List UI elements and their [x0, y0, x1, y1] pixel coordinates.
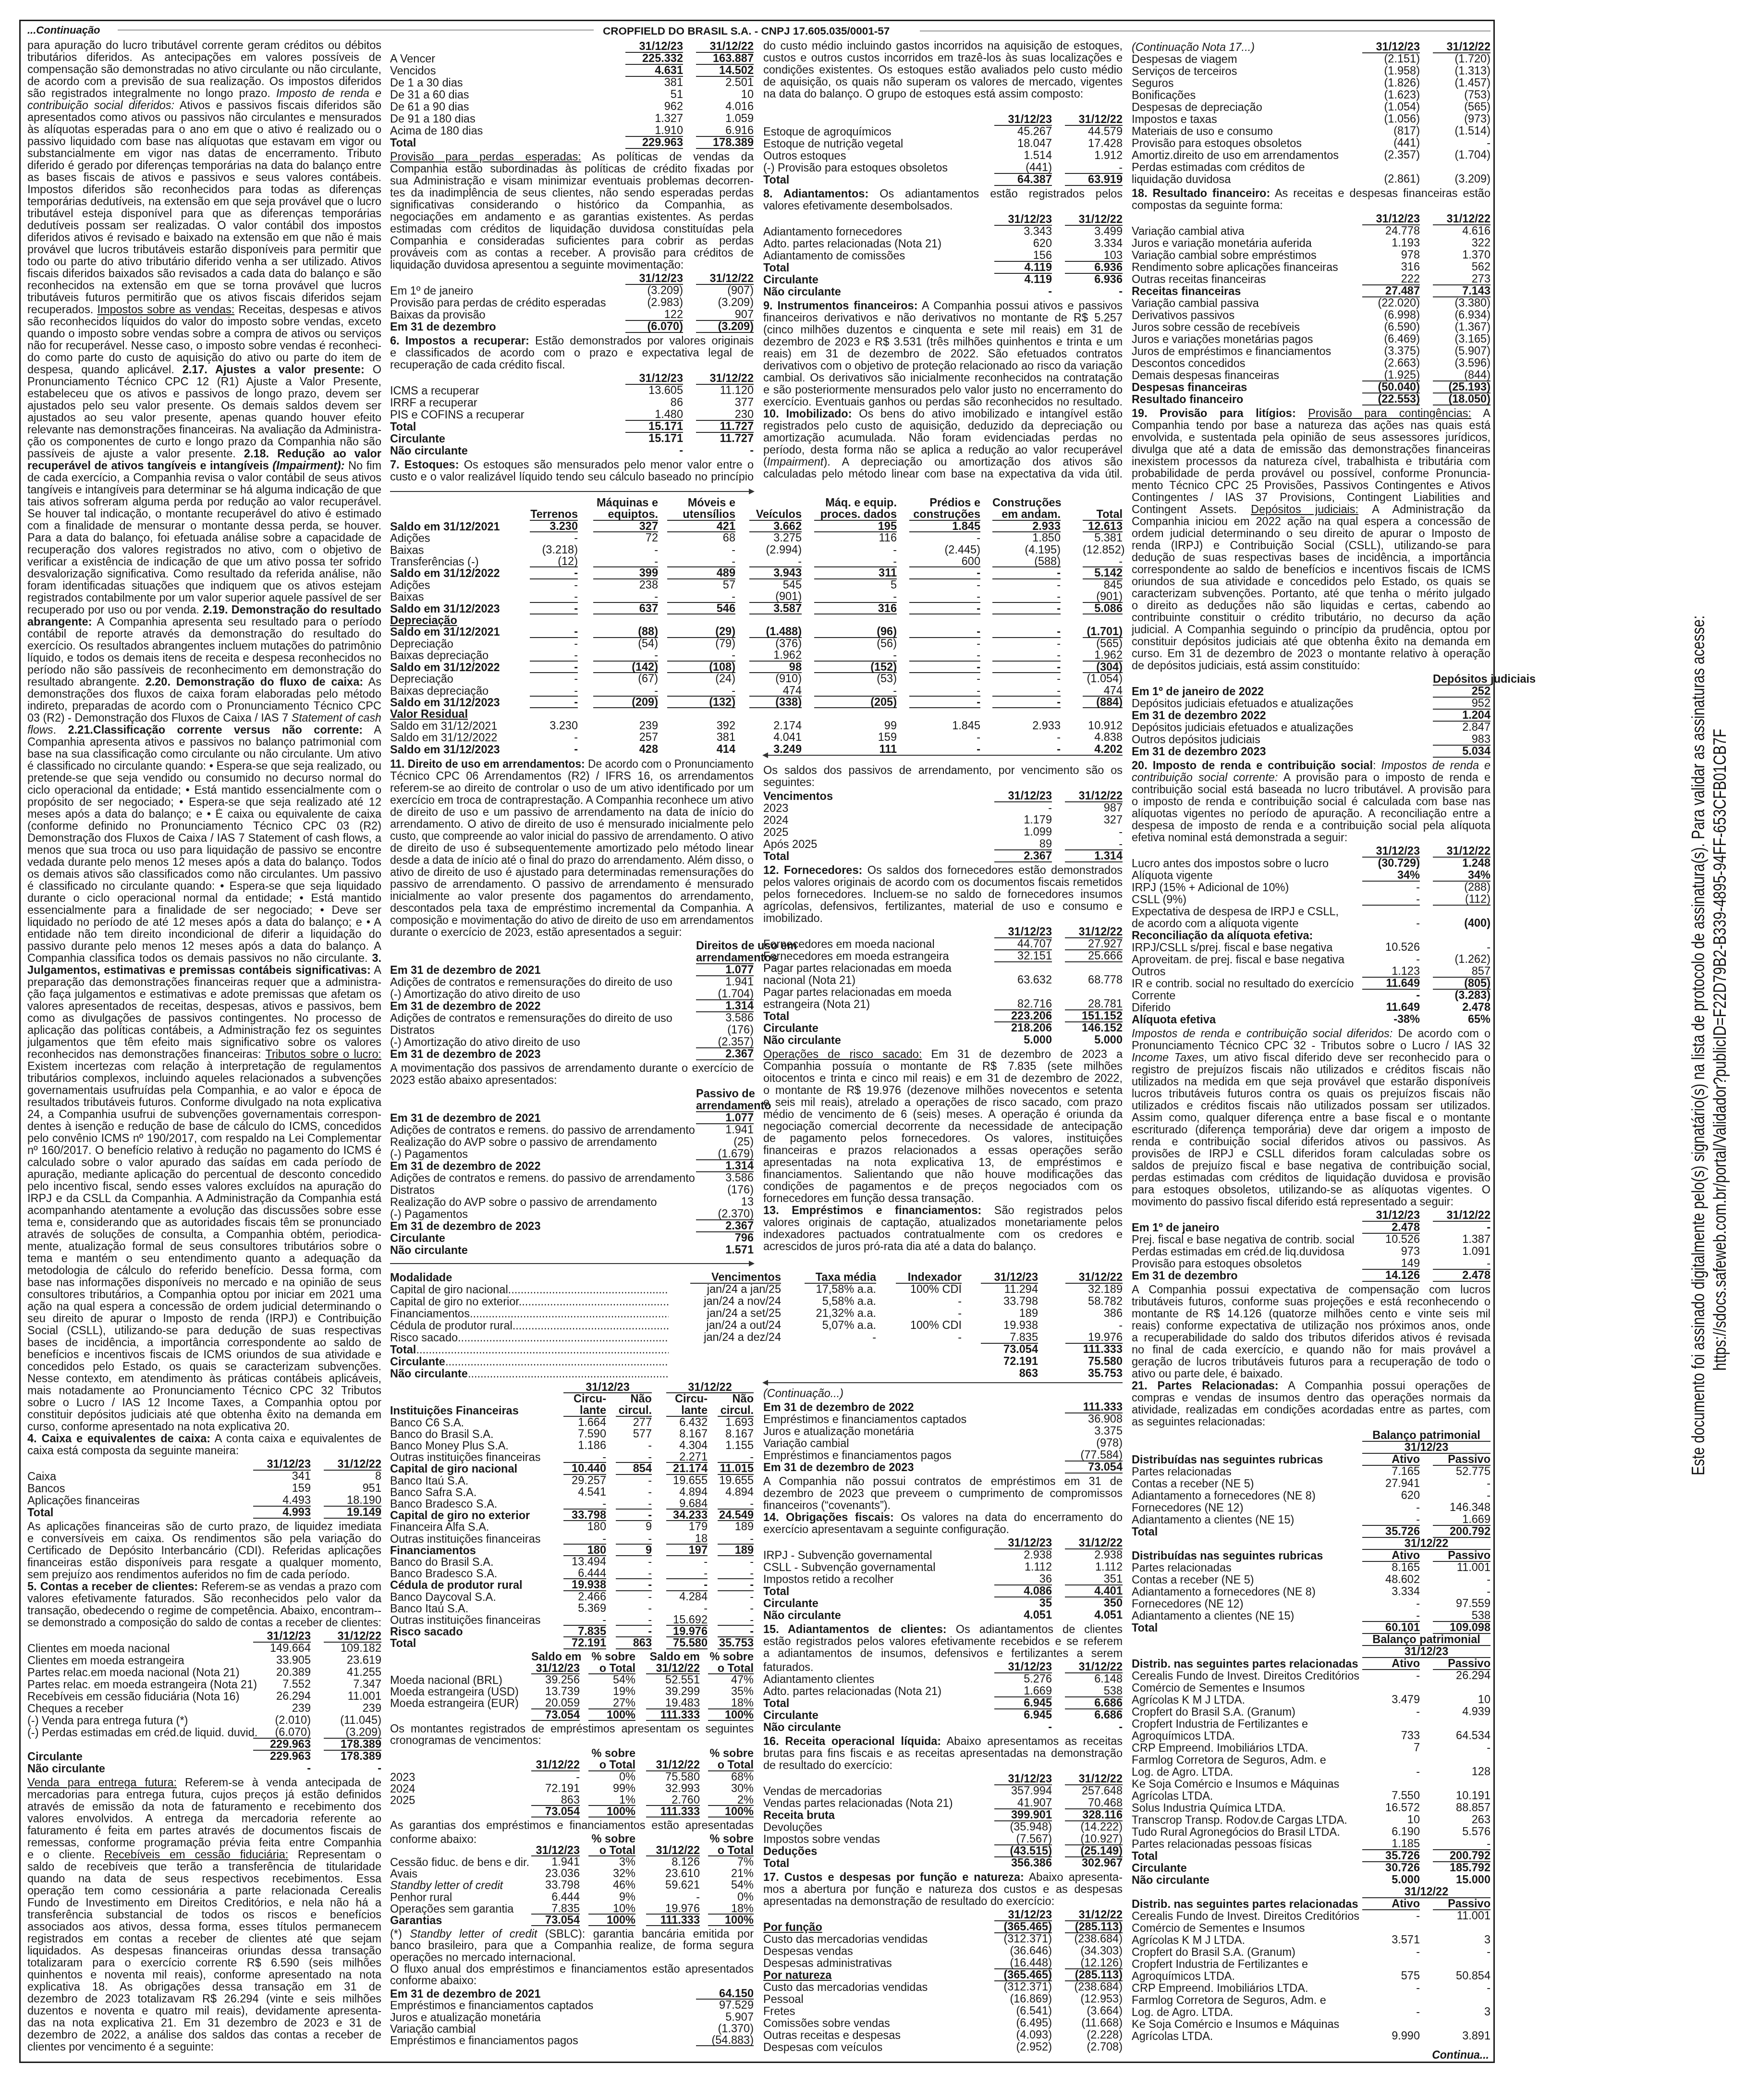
cell-value: 19.655	[708, 1475, 754, 1486]
dot-leader: Risco sacado	[390, 1332, 669, 1344]
text-line: Fundo de Investimento em Direitos Credit…	[27, 1897, 381, 1909]
text-line: o direito as deduções não são liquidas e…	[1132, 600, 1490, 612]
value-box: 6.945	[994, 1697, 1052, 1709]
row-label: Baixas da provisão	[390, 309, 625, 321]
value-text: 4.304	[666, 1440, 708, 1451]
table-row: Estoque de nutrição vegetal18.04717.428	[763, 138, 1123, 150]
cell-value: 2.760	[635, 1794, 700, 1806]
table-row: Moeda estrangeira (EUR)20.05927%19.48318…	[390, 1697, 754, 1709]
value-text: 31/12/22	[646, 1845, 700, 1856]
text-run: valores envolvidos. A entrega da mercado…	[27, 1813, 381, 1825]
value-box: 257	[593, 732, 658, 743]
label-text: (-) Pagamentos	[390, 1209, 468, 1220]
text-run: tema e mantém o seu entendimento quanto …	[27, 1253, 381, 1265]
value-text: 64.387	[994, 174, 1052, 186]
text-run: curso. Em 31 de dezembro de 2023 o monta…	[1132, 648, 1490, 660]
label-text: Variação cambial sobre empréstimos	[1132, 250, 1317, 261]
value-box: Circu-	[666, 1393, 708, 1405]
value-text: 11.649	[1362, 1002, 1420, 1014]
value-box: arrendamento	[696, 1100, 754, 1112]
value-box: % sobre	[708, 1748, 754, 1759]
text-run: Abaixo apresentamos as receitas	[941, 1735, 1123, 1747]
row-label: Variação cambial passiva	[1132, 297, 1362, 309]
table-row: De 1 a 30 dias3812.501	[390, 77, 754, 89]
value-box: (18.050)	[1433, 393, 1490, 405]
value-box: 34.233	[666, 1510, 708, 1521]
text-line: bases de incidência, a importância corre…	[27, 1337, 381, 1349]
cell-value: (2.708)	[1052, 2041, 1123, 2053]
label-text: Provisão para estoques obsoletos	[1132, 1258, 1302, 1269]
value-text: 70.468	[1065, 1797, 1123, 1809]
value-box: -	[909, 650, 980, 661]
value-box: 19.655	[666, 1475, 708, 1486]
text-line: arrendamento. O ativo de direito de uso …	[390, 818, 754, 830]
value-box: 562	[1433, 261, 1490, 273]
table-row: Não circulante5.0005.000	[763, 1034, 1123, 1046]
value-box: -	[530, 732, 578, 743]
value-box: 1.155	[718, 1440, 754, 1451]
value-box: 100%	[588, 1915, 635, 1926]
table-row: IRPJ/CSLL s/prej. fiscal e base negativa…	[1132, 942, 1490, 954]
row-label: Depreciação	[390, 614, 530, 626]
value-text: 3	[1433, 1934, 1490, 1946]
label-text: Risco sacado	[390, 1626, 463, 1637]
table-row: Depreciação-(67)(24)(910)(53)--(1.054)	[390, 673, 1123, 685]
cell-value	[1362, 161, 1420, 173]
value-box: -	[718, 1498, 754, 1510]
text-run: o imposto de renda e contribuição social…	[1132, 796, 1490, 808]
value-box: 41.255	[324, 1667, 381, 1679]
label-text: Clientes em moeda nacional	[27, 1643, 170, 1654]
cell-value: 327	[1052, 814, 1123, 826]
row-label: Despesas financeiras	[1132, 381, 1362, 393]
cell-value: 845	[1061, 579, 1123, 591]
text-run: A	[1471, 407, 1490, 419]
row-label	[1132, 1210, 1362, 1222]
row-label: Reconciliação da alíquota efetiva:	[1132, 930, 1362, 942]
value-box: (35.948)	[994, 1821, 1052, 1833]
label-text: Não circulante	[763, 1035, 841, 1046]
label-text: Distribuídas nas seguintes rubricas	[1132, 1550, 1323, 1561]
text-line: Assim como, qualquer diferença entre a b…	[1132, 1112, 1490, 1124]
text-line: As aplicações financeiras são de curto p…	[27, 1521, 381, 1533]
label-text: Cropfert Industria de Fertilizantes e	[1132, 1959, 1308, 1970]
row-label: Partes relac. em moeda estrangeira (Nota…	[27, 1679, 253, 1691]
row-label: Agrícolas K M J LTDA.	[1132, 1694, 1362, 1706]
label-text: Comércio de Sementes e Insumos	[1132, 1923, 1305, 1934]
value-text: 156	[994, 250, 1052, 262]
label-text: Bonificações	[1132, 90, 1196, 101]
value-box: (3.283)	[1433, 990, 1490, 1002]
paragraph: 19. Provisão para litígios: Provisão par…	[1132, 407, 1490, 672]
value-box: 31/12/22	[531, 1759, 580, 1771]
value-box: -	[1433, 137, 1490, 149]
value-box: 10.526	[1362, 1234, 1420, 1246]
value-box: -	[909, 579, 980, 591]
value-text: 75.580	[646, 1771, 700, 1783]
cell-value: -	[531, 1771, 580, 1783]
label-text: Transcrop Transp. Rodov.de Cargas LTDA.	[1132, 1815, 1347, 1826]
cell-value: (2.983)	[625, 297, 683, 309]
table-row: Depreciação	[390, 614, 1123, 626]
value-text: 31/12/23	[253, 1459, 311, 1471]
text-line: divulga que até a data de emissão das de…	[1132, 443, 1490, 455]
label-text: Prej. fiscal e base negativa de contrib.…	[1132, 1234, 1355, 1245]
label-text: Outras instituições financeiras	[390, 1615, 540, 1625]
value-text: (18.050)	[1433, 393, 1490, 405]
value-text: (1.370)	[696, 2023, 754, 2035]
row-label	[1132, 1442, 1362, 1454]
value-text: 19.976	[1065, 1332, 1123, 1344]
value-box: -	[1433, 1574, 1490, 1586]
value-text: 18%	[708, 1903, 754, 1915]
text-line: tangíveis e intangíveis para determinar …	[27, 484, 381, 496]
cell-value: -	[897, 638, 980, 650]
value-box: 11.294	[981, 1284, 1038, 1296]
value-box: -	[667, 591, 735, 602]
row-label: Cropfert Industria de Fertilizantes e	[1132, 1958, 1362, 1970]
cell-value: 6.686	[1052, 1709, 1123, 1721]
table-pct: Saldo em% sobreSaldo em% sobre31/12/23o …	[390, 1651, 754, 1721]
cell-value: 25.666	[1052, 950, 1123, 962]
value-box: 1.327	[625, 113, 683, 125]
value-text: 1.314	[696, 1000, 754, 1012]
row-label: CRP Empreend. Imobiliários LTDA.	[1132, 1982, 1362, 1994]
value-text: 3.479	[1362, 1694, 1420, 1706]
value-box: -	[909, 662, 980, 673]
row-label: Total	[27, 1507, 253, 1519]
value-text: 50.854	[1433, 1970, 1490, 1982]
value-text: 19.976	[666, 1626, 708, 1637]
cell-value: (901)	[1061, 591, 1123, 602]
column-segment: (Continuação...)Em 31 de dezembro de 202…	[763, 1388, 1123, 2055]
value-box: 31/12/23	[253, 1631, 311, 1643]
text-run: imobilizado.	[763, 912, 823, 924]
row-label: Banco do Brasil S.A.	[390, 1556, 563, 1568]
paragraph: 5. Contas a receber de clientes: Referem…	[27, 1581, 381, 1629]
cell-value	[1420, 906, 1490, 918]
value-box: (365.465)	[994, 1969, 1052, 1981]
cell-value: 128	[1420, 1766, 1490, 1778]
table-row: Risco sacado7.835-19.976-	[390, 1626, 754, 1637]
value-text: 64.150	[696, 1988, 754, 2000]
text-line: o montante de R$ 19.976 (dezenove milhõe…	[763, 1084, 1123, 1096]
cell-value: 3.343	[994, 226, 1052, 238]
cell-value: 31/12/22	[683, 41, 754, 53]
row-label	[390, 509, 530, 520]
table-two: faturados.31/12/2331/12/22Adiantamento c…	[763, 1661, 1123, 1733]
text-line: escriturado (diferença temporária) deve …	[1132, 1124, 1490, 1136]
row-label: Caixa	[27, 1471, 253, 1483]
text-run: durante o ciclo operacional normal da en…	[27, 892, 381, 904]
cell-value	[1362, 930, 1420, 942]
label-text: Em 31 de dezembro 2022	[1132, 710, 1266, 721]
value-box: (34.303)	[1065, 1945, 1123, 1957]
cell-value	[531, 1748, 580, 1759]
value-box: -	[530, 662, 578, 673]
text-run: é classificado no circulante quando: • E…	[27, 880, 381, 892]
label-text: Circulante	[763, 1598, 818, 1609]
value-text: (3.209)	[696, 321, 754, 333]
cell-value: -	[606, 1533, 652, 1545]
cell-value: -	[1420, 1258, 1490, 1270]
row-label: Agrícolas LTDA.	[1132, 1790, 1362, 1802]
cell-value: -	[980, 732, 1061, 743]
cell-value: Passivo	[1420, 1898, 1490, 1910]
value-box: 1.941	[696, 976, 754, 988]
value-text: (285.113)	[1065, 1969, 1123, 1981]
value-box: 6.190	[1362, 1826, 1420, 1838]
cell-value	[897, 708, 980, 720]
cell-value: -	[897, 626, 980, 638]
value-text: 30.726	[1362, 1862, 1420, 1874]
text-run: saldo de recebíveis que terão a transfer…	[27, 1861, 381, 1873]
text-line: de pagamento pelos fornecedores. Os valo…	[763, 1132, 1123, 1144]
text-run: operação tem como cessionária a parte re…	[27, 1885, 381, 1897]
value-text: 178.389	[324, 1751, 381, 1763]
value-text: 111.333	[1065, 1401, 1123, 1413]
value-text: (1.262)	[1433, 954, 1490, 966]
value-text: 562	[1433, 261, 1490, 273]
text-run: tributários diferidos. As antecipações e…	[27, 51, 381, 63]
text-line: ajustados ao seu valor presente, apenas …	[27, 412, 381, 424]
value-text: 68%	[708, 1771, 754, 1783]
value-box: 3	[1433, 1934, 1490, 1946]
table-row: Partes relac.em moeda nacional (Nota 21)…	[27, 1667, 381, 1679]
cell-value: (1.370)	[696, 2023, 754, 2035]
table-row: 20251.099-	[763, 826, 1123, 838]
label-text: Partes relacionadas	[1132, 1466, 1232, 1477]
cell-value: 19%	[580, 1686, 635, 1697]
value-box: 159	[814, 732, 897, 743]
cell-value: 7.835	[531, 1903, 580, 1915]
value-text: 19.655	[718, 1475, 754, 1486]
table-row: Em 31 de dezembro de 20221.314	[390, 1160, 754, 1172]
label-text: Risco sacado	[390, 1332, 669, 1343]
value-text: (16.448)	[994, 1957, 1052, 1969]
cell-value: (132)	[658, 697, 735, 708]
cell-value: Veículos	[735, 509, 802, 520]
table-row: Fornecedores (NE 12)-146.348	[1132, 1502, 1490, 1514]
text-run: ção os componentes de curto e longo praz…	[27, 436, 381, 448]
cell-value: 2.478	[1420, 1002, 1490, 1014]
row-label	[1132, 1430, 1362, 1442]
cell-value: 239	[311, 1703, 381, 1715]
value-box: 35.726	[1362, 1850, 1420, 1862]
paragraph: Provisão para perdas esperadas: As polít…	[390, 151, 754, 271]
table-row: arrendamentos	[390, 952, 754, 964]
value-text: 99	[814, 720, 897, 732]
value-box: 156	[994, 250, 1052, 262]
label-text: 2023	[763, 803, 788, 814]
value-box: 31/12/22	[1065, 790, 1123, 802]
cell-value	[980, 708, 1061, 720]
value-text: (67)	[593, 673, 658, 685]
text-run: na data do balanço. O grupo de estoques …	[763, 88, 1083, 100]
cell-value: 1.912	[1052, 150, 1123, 162]
row-label: Em 31 de dezembro de 2023	[390, 1220, 696, 1232]
table-row: Caixa3418	[27, 1471, 381, 1483]
value-text: 257	[593, 732, 658, 743]
cell-value: 257.648	[1052, 1785, 1123, 1797]
value-box: 189	[981, 1308, 1038, 1320]
value-box: 2.938	[1065, 1549, 1123, 1561]
table-row: Comércio de Sementes e Insumos	[1132, 1682, 1490, 1694]
value-text: (6.590)	[1362, 321, 1420, 333]
value-text: 7.143	[1433, 285, 1490, 297]
row-label: (Continuação Nota 17...)	[1132, 41, 1362, 53]
value-box: 41.907	[994, 1797, 1052, 1809]
value-text: (12.126)	[1065, 1957, 1123, 1969]
table-row: Não circulante5.00015.000	[1132, 1874, 1490, 1886]
label-text: Distrib. nas seguintes partes relacionad…	[1132, 1899, 1358, 1910]
row-label: Em 31 de dezembro de 2023	[390, 1048, 696, 1060]
value-box: 100% CDI	[896, 1320, 962, 1332]
value-text: 189	[981, 1308, 1038, 1320]
cell-value: 32.151	[994, 950, 1052, 962]
value-box: 31/12/23	[994, 1909, 1052, 1921]
value-box: (25)	[696, 1136, 754, 1148]
cell-value: 52.551	[635, 1674, 700, 1686]
cell-value: 263	[1420, 1814, 1490, 1826]
label-text: Circulante	[390, 433, 445, 444]
cell-value: 9.990	[1362, 2030, 1420, 2042]
value-box: (2.445)	[909, 544, 980, 556]
cell-value: 31/12/23	[1362, 213, 1420, 225]
row-label: Depósitos judiciais efetuados e atualiza…	[1132, 698, 1433, 710]
value-text: 100%	[708, 1915, 754, 1926]
table-row: Saldo em 31/12/2022-(142)(108)98(152)--(…	[390, 662, 1123, 673]
text-run: julgamentos que têm efeito mais signific…	[27, 1036, 381, 1048]
row-label: Bonificações	[1132, 89, 1362, 101]
cell-value: 31/12/22	[1052, 1773, 1123, 1785]
value-text: 35.753	[1065, 1368, 1123, 1380]
value-text: -	[563, 1451, 606, 1463]
table-row: liquidação duvidosa(2.861)(3.209)	[1132, 173, 1490, 185]
value-box: 1.314	[696, 1160, 754, 1172]
cell-value: (1.623)	[1362, 89, 1420, 101]
table-row: Tudo Rural Agronegócios do Brasil LTDA.6…	[1132, 1826, 1490, 1838]
value-text: 73.054	[531, 1709, 580, 1721]
value-box: (54)	[593, 638, 658, 650]
value-text: 7.550	[1362, 1790, 1420, 1802]
label-text: Total	[763, 174, 789, 185]
text-run: líquido, e todos os demais itens de rece…	[27, 652, 381, 664]
value-box: -	[814, 650, 897, 661]
cell-value: jan/24 a jan/25	[690, 1284, 781, 1296]
cell-value: 73.054	[1065, 1461, 1123, 1474]
table-row: Total4.0864.401	[763, 1585, 1123, 1597]
value-text: (1.826)	[1362, 77, 1420, 89]
row-label: Provisão para estoques obsoletos	[1132, 137, 1362, 149]
cell-value: -	[1362, 954, 1420, 966]
table-row: Não circulante--	[390, 445, 754, 457]
text-run: passivo durante pelo menos 12 meses após…	[27, 940, 381, 952]
label-text: Descontos concedidos	[1132, 358, 1245, 369]
table-row: Adiantamento a fornecedores (NE 8)3.334-	[1132, 1586, 1490, 1598]
table-row: Não circulante1.571	[390, 1244, 754, 1256]
label-text: Outros estoques	[763, 150, 846, 161]
value-box: -	[666, 1556, 708, 1568]
cell-value: 10.526	[1362, 942, 1420, 954]
value-box: (565)	[1083, 638, 1123, 650]
value-text: 31/12/22	[1065, 1661, 1123, 1673]
text-run: preparação das demonstrações financeiras…	[27, 976, 381, 988]
table-row: 31/12/23o Total31/12/22o Total	[390, 1845, 754, 1856]
text-run: contribuinte constituir o crédito tribut…	[1132, 612, 1490, 624]
cell-value: 5.369	[563, 1603, 606, 1614]
table-row: Agrícolas K M J LTDA.3.47910	[1132, 1694, 1490, 1706]
value-text: 31/12/22	[324, 1459, 381, 1471]
table-row: Agroquímicos LTDA.73364.534	[1132, 1730, 1490, 1742]
cell-value: 35.726	[1362, 1526, 1420, 1538]
cell-value: (3.375)	[1362, 345, 1420, 357]
cell-value: -	[897, 744, 980, 755]
label-text: Partes relac. em moeda estrangeira (Nota…	[27, 1679, 257, 1690]
value-text: -	[992, 650, 1061, 661]
table-row: Distrib. nas seguintes partes relacionad…	[1132, 1898, 1490, 1910]
label-text: Comércio de Sementes e Insumos	[1132, 1682, 1305, 1694]
value-text: -	[896, 1296, 962, 1308]
value-text: Construções	[992, 497, 1061, 509]
value-text: 31/12/22	[1065, 1909, 1123, 1921]
table-two: 31/12/2331/12/22Clientes em moeda nacion…	[27, 1631, 381, 1775]
text-line: associados aos ativos, dessa forma, esse…	[27, 1921, 381, 1933]
table-row: 31/12/2331/12/22	[1132, 1210, 1490, 1222]
text-run: nº 160/2017. O benefício relativo à redu…	[27, 1144, 381, 1156]
label-text: Saldo em 31/12/2022	[390, 732, 497, 743]
value-box: 239	[593, 720, 658, 732]
value-text: 4.016	[696, 101, 754, 113]
text-line: e classificados de acordo com o prazo e …	[390, 347, 754, 359]
cell-value: 99	[802, 720, 897, 732]
text-run: recuperados.	[27, 304, 97, 316]
table-row: Distribuídas nas seguintes rubricasAtivo…	[1132, 1454, 1490, 1466]
text-line: quando o imposto sobre vendas sobre a co…	[27, 328, 381, 340]
text-line: governamentais usufruídas pela Companhia…	[27, 1084, 381, 1096]
value-text: -	[992, 626, 1061, 638]
cell-value: -	[253, 1763, 311, 1775]
value-box: 5,07% a.a.	[805, 1320, 876, 1332]
text-line: Provisão para perdas esperadas: As polít…	[390, 151, 754, 163]
text-run: recuperação de cada crédito fiscal.	[390, 359, 565, 371]
row-label: Fretes	[763, 2005, 994, 2017]
row-label: Depreciação	[390, 673, 530, 685]
value-text: 24.549	[718, 1510, 754, 1521]
value-box: 31/12/23	[625, 41, 683, 53]
cell-value: -	[897, 732, 980, 743]
value-box: (24)	[667, 673, 735, 685]
row-label: Adiantamento a clientes (NE 15)	[1132, 1514, 1362, 1526]
text-line: passivo durante pelo menos 12 meses após…	[27, 940, 381, 952]
value-box: 1.387	[1433, 1234, 1490, 1246]
row-label	[763, 1773, 994, 1785]
text-line: durante o exercício de 2023, estão apres…	[390, 926, 754, 938]
value-text: -	[1362, 1514, 1420, 1526]
text-run: As políticas de vendas da	[581, 151, 754, 163]
value-box: Máquinas e	[593, 497, 658, 509]
table-row: CSLL (9%)-(112)	[1132, 894, 1490, 906]
label-text: Fretes	[763, 2006, 795, 2017]
table-row: Outras receitas financeiras222273	[1132, 273, 1490, 285]
text-run: ativo de direito de uso é ajustado para …	[390, 866, 754, 878]
cell-value: 4.202	[1061, 744, 1123, 755]
label-text: De 31 a 60 dias	[390, 89, 469, 100]
cell-value: 30%	[700, 1783, 754, 1794]
cell-value: 27.927	[1052, 938, 1123, 950]
value-box: 257.648	[1065, 1785, 1123, 1797]
cell-value: -	[897, 697, 980, 708]
